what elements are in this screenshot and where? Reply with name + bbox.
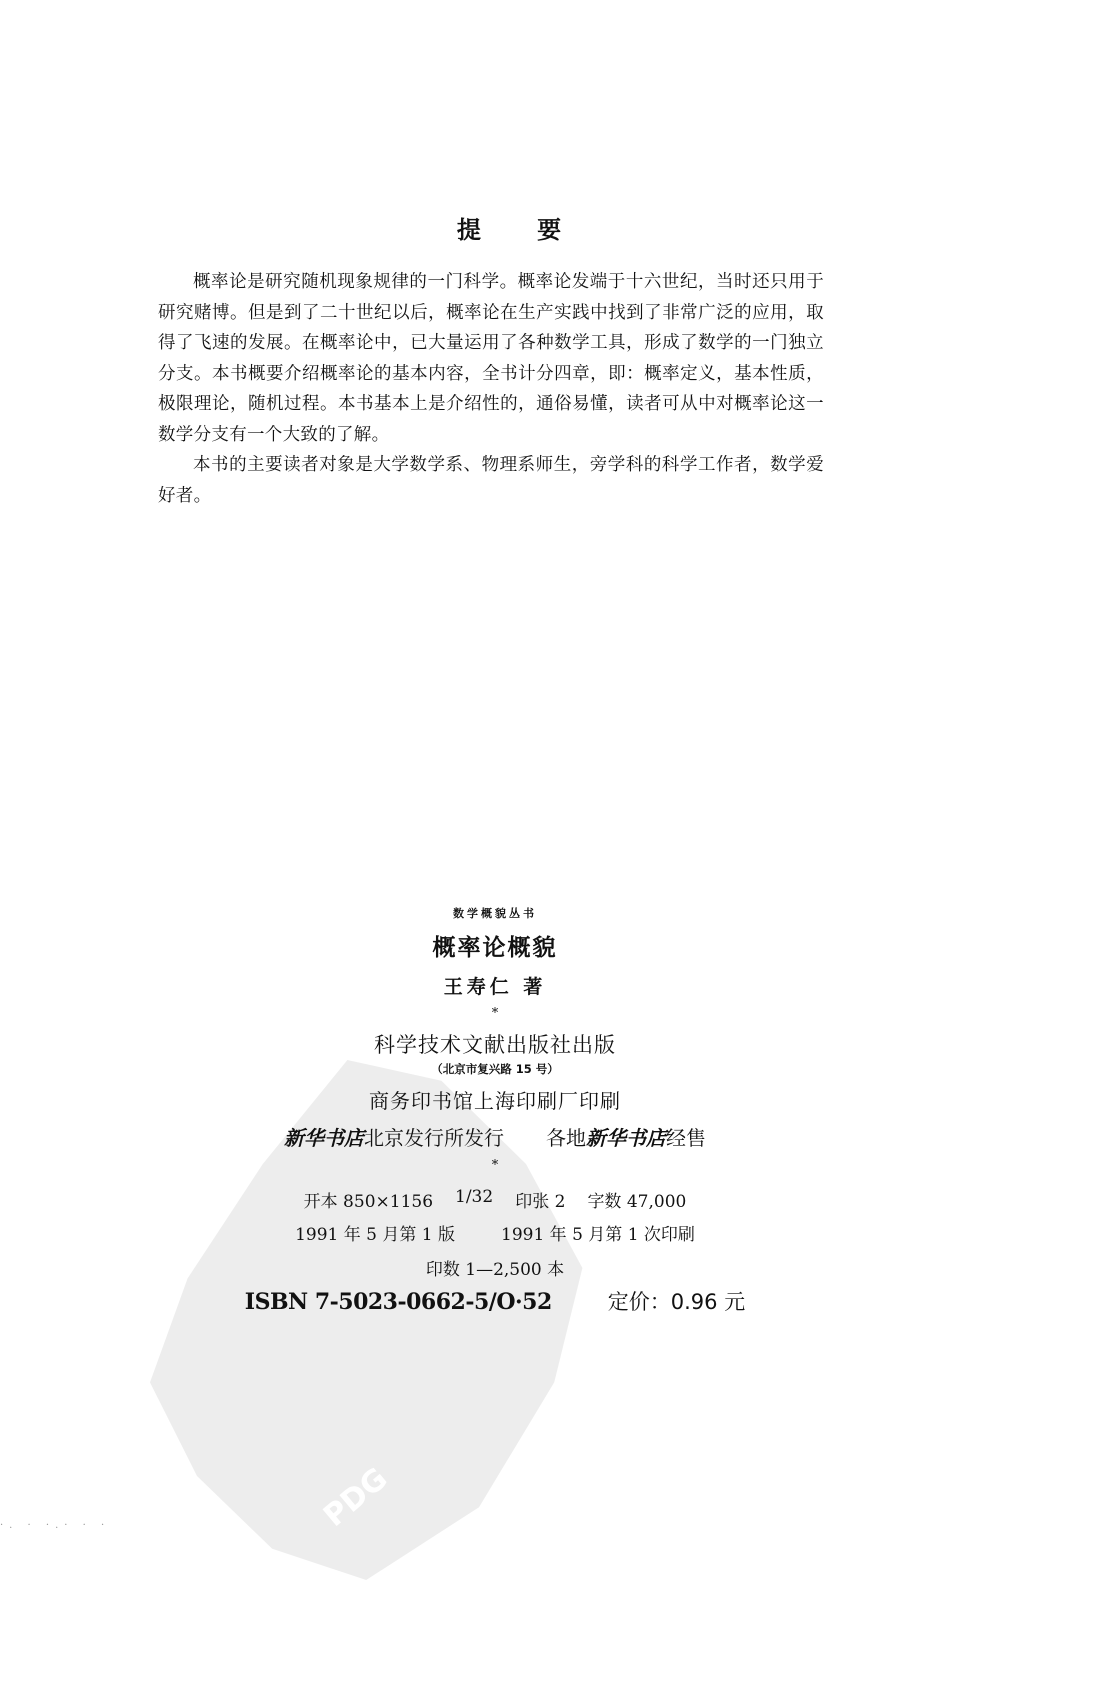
format-specs: 开本 850×1156 1/32 印张 2 字数 47,000 — [200, 1187, 790, 1212]
abstract-paragraph-1: 概率论是研究随机现象规律的一门科学。概率论发端于十六世纪，当时还只用于研究赌博。… — [158, 267, 824, 450]
scan-specks: ·. · ·.· · · — [0, 1520, 110, 1531]
publisher-address: （北京市复兴路 15 号） — [200, 1061, 790, 1077]
format-size: 开本 850×1156 — [304, 1187, 433, 1212]
xinhua-brand-left: 新华书店 — [284, 1126, 364, 1150]
retailer-prefix: 各地 — [546, 1126, 586, 1150]
isbn-price-row: ISBN 7-5023-0662-5/O·52 定价：0.96 元 — [200, 1286, 790, 1316]
printed-sheets: 印张 2 — [515, 1187, 565, 1212]
retailer-suffix: 经售 — [666, 1126, 706, 1150]
series-title: 数学概貌丛书 — [200, 905, 790, 921]
distributor-publisher: 新华书店北京发行所发行 — [284, 1122, 504, 1151]
xinhua-brand-right: 新华书店 — [586, 1126, 666, 1150]
printer-line: 商务印书馆上海印刷厂印刷 — [200, 1085, 790, 1114]
publisher-line: 科学技术文献出版社出版 — [200, 1029, 790, 1059]
print-run: 印数 1—2,500 本 — [200, 1255, 790, 1280]
abstract-section: 提 要 概率论是研究随机现象规律的一门科学。概率论发端于十六世纪，当时还只用于研… — [158, 210, 824, 511]
isbn-number: ISBN 7-5023-0662-5/O·52 — [245, 1289, 552, 1315]
distributor-text: 北京发行所发行 — [364, 1126, 504, 1150]
colophon-section: 数学概貌丛书 概率论概貌 王寿仁 著 * 科学技术文献出版社出版 （北京市复兴路… — [200, 905, 790, 1316]
edition-date: 1991 年 5 月第 1 版 — [295, 1220, 455, 1245]
word-count: 字数 47,000 — [587, 1187, 686, 1212]
format-fraction: 1/32 — [455, 1187, 493, 1212]
abstract-title: 提 要 — [218, 210, 824, 245]
abstract-paragraph-2: 本书的主要读者对象是大学数学系、物理系师生，旁学科的科学工作者，数学爱好者。 — [158, 450, 824, 511]
book-title: 概率论概貌 — [200, 929, 790, 962]
separator-asterisk-icon-2: * — [200, 1157, 790, 1175]
printing-date: 1991 年 5 月第 1 次印刷 — [501, 1220, 695, 1245]
edition-dates: 1991 年 5 月第 1 版 1991 年 5 月第 1 次印刷 — [200, 1220, 790, 1245]
author-line: 王寿仁 著 — [200, 972, 790, 999]
distribution-line: 新华书店北京发行所发行 各地新华书店经售 — [200, 1122, 790, 1151]
price-label: 定价：0.96 元 — [608, 1286, 745, 1316]
retailer-info: 各地新华书店经售 — [546, 1122, 706, 1151]
separator-asterisk-icon: * — [200, 1005, 790, 1023]
